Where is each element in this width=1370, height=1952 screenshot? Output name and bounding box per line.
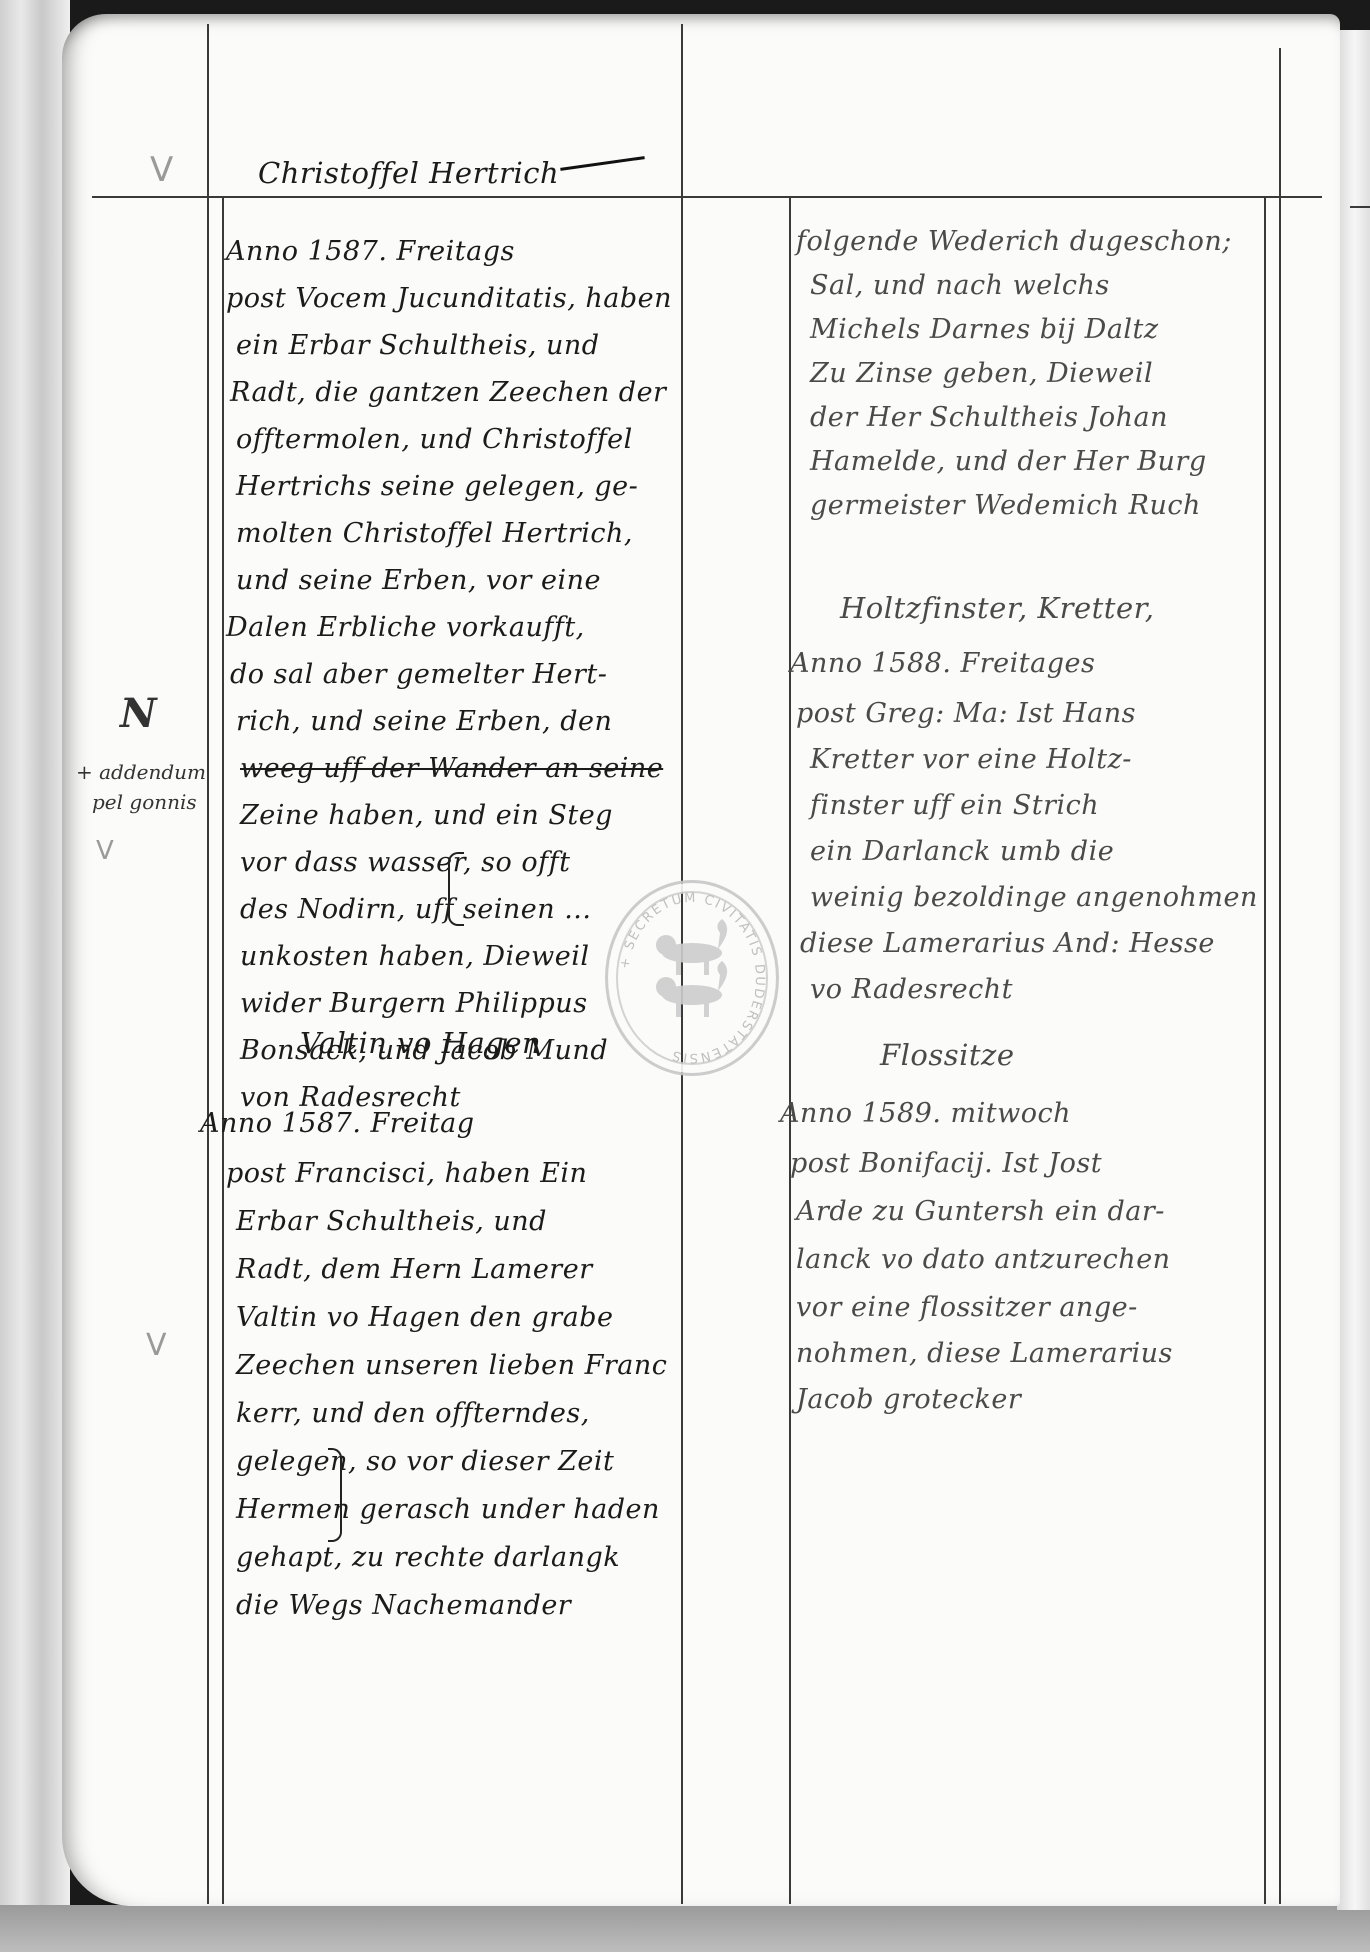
entry-line: Erbar Schultheis, und: [236, 1198, 547, 1245]
entry-line: Sal, und nach welchs: [810, 262, 1110, 309]
margin-rule-left-inner: [222, 196, 224, 1904]
entry-line: lanck vo dato antzurechen: [796, 1236, 1171, 1283]
header-rule-extension: [1350, 206, 1370, 208]
entry-line: Radt, dem Hern Lamerer: [236, 1246, 593, 1293]
entry-line: gelegen, so vor dieser Zeit: [236, 1438, 614, 1485]
ink-bracket: [328, 1448, 342, 1542]
margin-rule-right-inner: [1264, 196, 1266, 1904]
entry-line: kerr, und den offterndes,: [236, 1390, 590, 1437]
entry-line: Arde zu Guntersh ein dar-: [796, 1188, 1165, 1235]
entry-line: und seine Erben, vor eine: [236, 557, 601, 604]
entry-line: Hertrichs seine gelegen, ge-: [236, 463, 638, 510]
entry-line: Hermen gerasch under haden: [236, 1486, 660, 1533]
entry-line: die Wegs Nachemander: [236, 1582, 571, 1629]
lion-emblem-icon: + SECRETUM CIVITATIS DUDERSTATENSIS: [608, 883, 776, 1073]
checkmark-icon: V: [96, 836, 114, 866]
entry-line: ein Erbar Schultheis, und: [236, 322, 600, 369]
checkmark-icon: V: [150, 150, 173, 190]
entry-heading: Christoffel Hertrich: [258, 150, 559, 197]
entry-line: Jacob grotecker: [796, 1376, 1021, 1423]
margin-symbol: N: [120, 690, 157, 737]
entry-line-struck: weeg uff der Wander an seine: [240, 745, 663, 792]
svg-text:+ SECRETUM CIVITATIS DUDERSTAT: + SECRETUM CIVITATIS DUDERSTATENSIS: [617, 891, 767, 1065]
margin-rule-right-outer: [1279, 48, 1281, 1904]
entry-line: Radt, die gantzen Zeechen der: [230, 369, 666, 416]
ink-bracket: [448, 852, 464, 926]
entry-line: der Her Schultheis Johan: [810, 394, 1168, 441]
entry-line: Anno 1589. mitwoch: [780, 1090, 1071, 1137]
book-edge-left: [0, 0, 70, 1905]
entry-line: germeister Wedemich Ruch: [810, 482, 1201, 529]
scanner-background-bottom: [0, 1905, 1370, 1952]
entry-line: Zu Zinse geben, Dieweil: [810, 350, 1153, 397]
entry-line: post Francisci, haben Ein: [226, 1150, 587, 1197]
entry-line: weinig bezoldinge angenohmen: [810, 874, 1258, 921]
entry-line: Anno 1587. Freitags: [226, 228, 515, 275]
entry-line: vor eine flossitzer ange-: [796, 1284, 1138, 1331]
entry-heading: Flossitze: [880, 1032, 1015, 1079]
entry-line: vor dass wasser, so offt: [240, 839, 570, 886]
entry-line: Hamelde, und der Her Burg: [810, 438, 1207, 485]
margin-note-line: pel gonnis: [92, 790, 197, 814]
entry-line: offtermolen, und Christoffel: [236, 416, 633, 463]
entry-line: post Greg: Ma: Ist Hans: [796, 690, 1136, 737]
entry-heading: Valtin vo Hagen: [300, 1020, 541, 1067]
entry-line: Michels Darnes bij Daltz: [810, 306, 1159, 353]
entry-line: unkosten haben, Dieweil: [240, 933, 589, 980]
entry-line: Valtin vo Hagen den grabe: [236, 1294, 613, 1341]
entry-line: vo Radesrecht: [810, 966, 1013, 1013]
entry-line: finster uff ein Strich: [810, 782, 1099, 829]
entry-line: Kretter vor eine Holtz-: [810, 736, 1132, 783]
entry-line: nohmen, diese Lamerarius: [796, 1330, 1173, 1377]
checkmark-icon: V: [146, 1328, 167, 1363]
margin-note-line: + addendum: [76, 760, 206, 784]
margin-rule-left-outer: [207, 24, 209, 1904]
entry-line: Zeechen unseren lieben Franc: [236, 1342, 667, 1389]
entry-line: rich, und seine Erben, den: [236, 698, 612, 745]
entry-line: post Vocem Jucunditatis, haben: [226, 275, 672, 322]
entry-heading: Holtzfinster, Kretter,: [840, 585, 1155, 632]
entry-line: molten Christoffel Hertrich,: [236, 510, 633, 557]
entry-line: Anno 1588. Freitages: [790, 640, 1095, 687]
right-column-rule: [789, 196, 791, 1904]
entry-line: Dalen Erbliche vorkaufft,: [226, 604, 585, 651]
entry-line: gehapt, zu rechte darlangk: [236, 1534, 620, 1581]
entry-line: do sal aber gemelter Hert-: [230, 651, 607, 698]
book-edge-right: [1335, 30, 1370, 1910]
entry-line: Zeine haben, und ein Steg: [240, 792, 613, 839]
city-seal: + SECRETUM CIVITATIS DUDERSTATENSIS: [605, 880, 779, 1076]
entry-line: diese Lamerarius And: Hesse: [800, 920, 1215, 967]
entry-line: ein Darlanck umb die: [810, 828, 1114, 875]
entry-line: post Bonifacij. Ist Jost: [790, 1140, 1102, 1187]
entry-line: folgende Wederich dugeschon;: [796, 218, 1232, 265]
entry-line: des Nodirn, uff seinen ...: [240, 886, 591, 933]
entry-line: Anno 1587. Freitag: [200, 1100, 474, 1147]
